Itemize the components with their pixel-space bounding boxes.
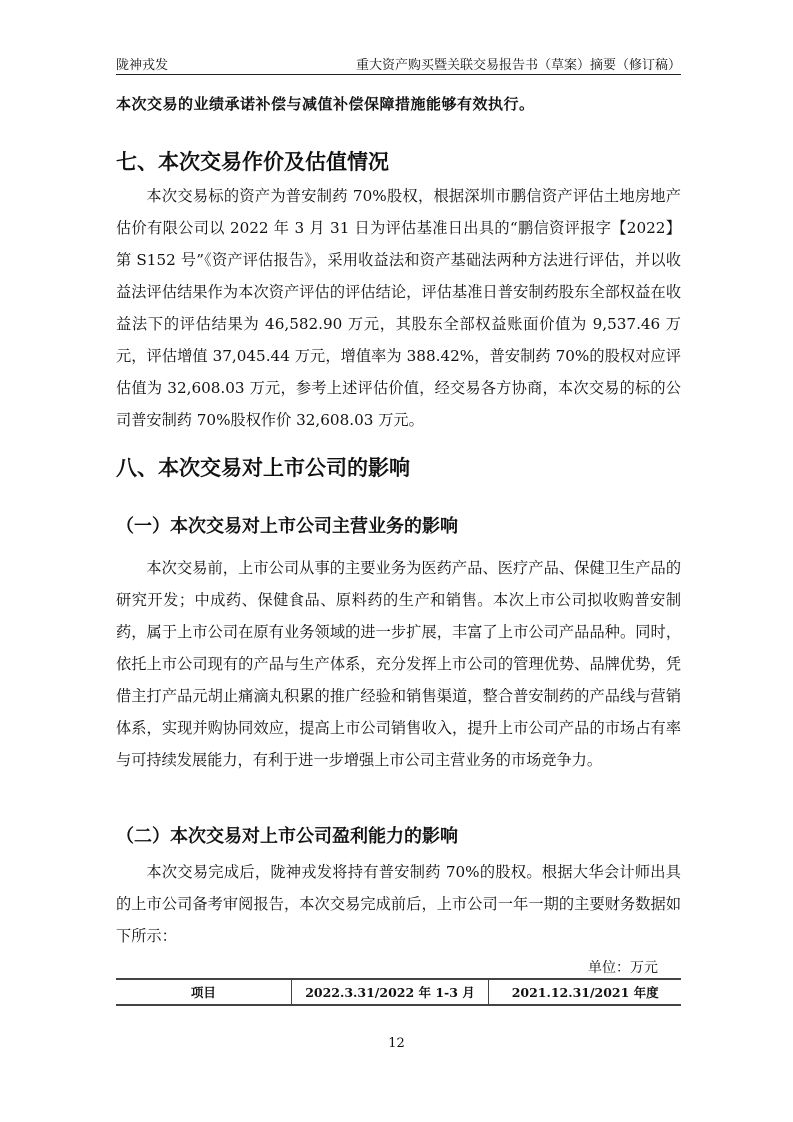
section-7-title: 七、本次交易作价及估值情况 [116,146,389,176]
page-number: 12 [0,1036,793,1051]
header-document-title: 重大资产购买暨关联交易报告书（草案）摘要（修订稿） [356,54,681,73]
intro-bold-statement: 本次交易的业绩承诺补偿与减值补偿保障措施能够有效执行。 [116,93,535,114]
subsection-1-title: （一）本次交易对上市公司主营业务的影响 [116,512,458,538]
section-7-paragraph: 本次交易标的资产为普安制药 70%股权，根据深圳市鹏信资产评估土地房地产估价有限… [116,180,681,436]
section-8-title: 八、本次交易对上市公司的影响 [116,452,410,482]
subsection-2-paragraph: 本次交易完成后，陇神戎发将持有普安制药 70%的股权。根据大华会计师出具的上市公… [116,856,681,952]
financial-data-table: 项目 2022.3.31/2022 年 1-3 月 2021.12.31/202… [116,978,681,1006]
header-company-name: 陇神戎发 [116,54,168,73]
table-header-item: 项目 [116,979,291,1005]
subsection-1-paragraph: 本次交易前，上市公司从事的主要业务为医药产品、医疗产品、保健卫生产品的研究开发；… [116,552,681,776]
table-header-2022q1: 2022.3.31/2022 年 1-3 月 [291,979,489,1005]
page-header: 陇神戎发 重大资产购买暨关联交易报告书（草案）摘要（修订稿） [116,52,681,75]
table-header-row: 项目 2022.3.31/2022 年 1-3 月 2021.12.31/202… [116,979,681,1005]
subsection-2-title: （二）本次交易对上市公司盈利能力的影响 [116,822,458,848]
table-unit-label: 单位：万元 [588,957,658,977]
table-header-2021: 2021.12.31/2021 年度 [489,979,681,1005]
